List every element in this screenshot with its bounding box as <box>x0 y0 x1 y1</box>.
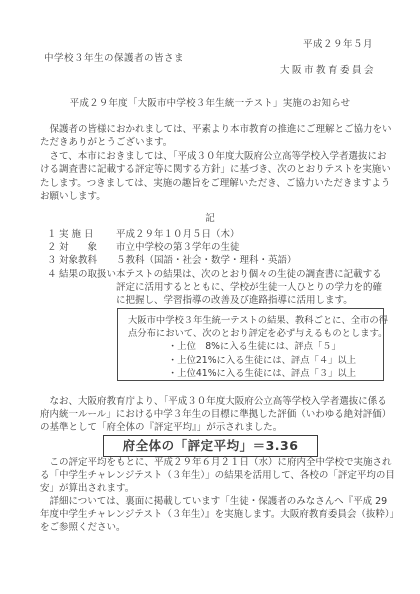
closing-line: をご参照ください。 <box>40 521 399 534</box>
note-paragraph: なお、大阪府教育庁より、「平成３０年度大阪府公立高等学校入学者選抜に係る 府内統… <box>40 395 391 435</box>
list-item-date: １ 実 施 日 平成２９年１０月５日（木） <box>47 228 382 241</box>
list-item-label: 対象教科 <box>59 254 116 267</box>
list-item-results: ４ 結果の取扱い 本テストの結果は、次のとおり個々の生徒の調査書に記載する 評定… <box>47 268 382 308</box>
recipient-line: 中学校３年生の保護者の皆さま <box>44 50 184 64</box>
list-item-number: ３ <box>47 254 59 267</box>
list-item-value-line: 本テストの結果は、次のとおり個々の生徒の調査書に記載する <box>116 268 382 281</box>
list-item-label: 実 施 日 <box>59 228 116 241</box>
intro-line: ける調査書に記載する評定等に関する方針」に基づき、次のとおりテストを実施い <box>40 163 392 176</box>
note-line: なお、大阪府教育庁より、「平成３０年度大阪府公立高等学校入学者選抜に係る <box>40 395 391 408</box>
criteria-bullet: ・上位 8%に入る生徒には、評点「５」 <box>128 340 383 353</box>
intro-line: さて、本市におきましては、「平成３０年度大阪府公立高等学校入学者選抜にお <box>40 150 392 163</box>
closing-paragraph: この評定平均をもとに、平成２９年６月２１日（水）に府内全中学校で実施され る「中… <box>40 456 399 535</box>
list-item-target: ２ 対 象 市立中学校の第３学年の生徒 <box>47 241 382 254</box>
sender-line: 大阪市教育委員会 <box>280 62 376 76</box>
list-item-number: ２ <box>47 241 59 254</box>
note-line: 府内統一ルール」における中学３年生の目標に準拠した評価（いわゆる絶対評価） <box>40 408 391 421</box>
criteria-line: 点分布において、次のとおり評定を必ず与えるものとします。 <box>128 327 383 340</box>
list-item-value: 平成２９年１０月５日（木） <box>116 228 240 241</box>
closing-line: 年度中学生チャレンジテスト（３年生）』を実施します。大阪府教育委員会（抜粋）」 <box>40 508 399 521</box>
list-item-label: 結果の取扱い <box>59 268 116 308</box>
document-page: 平成２９年５月 中学校３年生の保護者の皆さま 大阪市教育委員会 平成２９年度「大… <box>0 0 420 594</box>
list-item-value: 本テストの結果は、次のとおり個々の生徒の調査書に記載する 評定に活用するとともに… <box>116 268 382 308</box>
intro-paragraph: 保護者の皆様におかれましては、平素より本市教育の推進にご理解とご協力をい ただき… <box>40 123 392 203</box>
list-item-number: ４ <box>47 268 59 308</box>
closing-line: 詳細については、裏面に掲載しています「生徒・保護者のみなさんへ『平成 29 <box>40 495 399 508</box>
intro-line: お願いします。 <box>40 190 392 203</box>
details-list: １ 実 施 日 平成２９年１０月５日（木） ２ 対 象 市立中学校の第３学年の生… <box>47 228 382 307</box>
list-item-value: 市立中学校の第３学年の生徒 <box>116 241 240 254</box>
intro-line: 保護者の皆様におかれましては、平素より本市教育の推進にご理解とご協力をい <box>40 123 392 136</box>
list-item-value-line: に把握し、学習指導の改善及び進路指導に活用します。 <box>116 294 382 307</box>
list-item-number: １ <box>47 228 59 241</box>
ki-heading: 記 <box>0 210 420 224</box>
closing-line: 安」が算出されます。 <box>40 482 399 495</box>
closing-line: る「中学生チャレンジテスト（３年生）」の結果を活用して、各校の「評定平均の目 <box>40 469 399 482</box>
prefecture-average-text: 府全体の「評定平均」＝3.36 <box>123 438 299 453</box>
prefecture-average-box: 府全体の「評定平均」＝3.36 <box>103 435 318 457</box>
note-line: の基準として「府全体の『評定平均』」が示されました。 <box>40 421 391 434</box>
criteria-bullet: ・上位21%に入る生徒には、評点「４」以上 <box>128 354 383 367</box>
document-date: 平成２９年５月 <box>303 36 373 50</box>
list-item-label: 対 象 <box>59 241 116 254</box>
grade-criteria-box: 大阪市中学校３年生統一テストの結果、教科ごとに、全市の得 点分布において、次のと… <box>117 308 384 381</box>
document-title: 平成２９年度「大阪市中学校３年生統一テスト」実施のお知らせ <box>0 95 420 109</box>
list-item-value: ５教科（国語・社会・数学・理科・英語） <box>116 254 297 267</box>
intro-line: たします。つきましては、実施の趣旨をご理解いただき、ご協力いただきますよう <box>40 177 392 190</box>
list-item-value-line: 評定に活用するとともに、学校が生徒一人ひとりの学力を的確 <box>116 281 382 294</box>
criteria-bullet: ・上位41%に入る生徒には、評点「３」以上 <box>128 367 383 380</box>
intro-line: ただきありがとうございます。 <box>40 136 392 149</box>
list-item-subjects: ３ 対象教科 ５教科（国語・社会・数学・理科・英語） <box>47 254 382 267</box>
closing-line: この評定平均をもとに、平成２９年６月２１日（水）に府内全中学校で実施され <box>40 456 399 469</box>
criteria-line: 大阪市中学校３年生統一テストの結果、教科ごとに、全市の得 <box>128 314 383 327</box>
